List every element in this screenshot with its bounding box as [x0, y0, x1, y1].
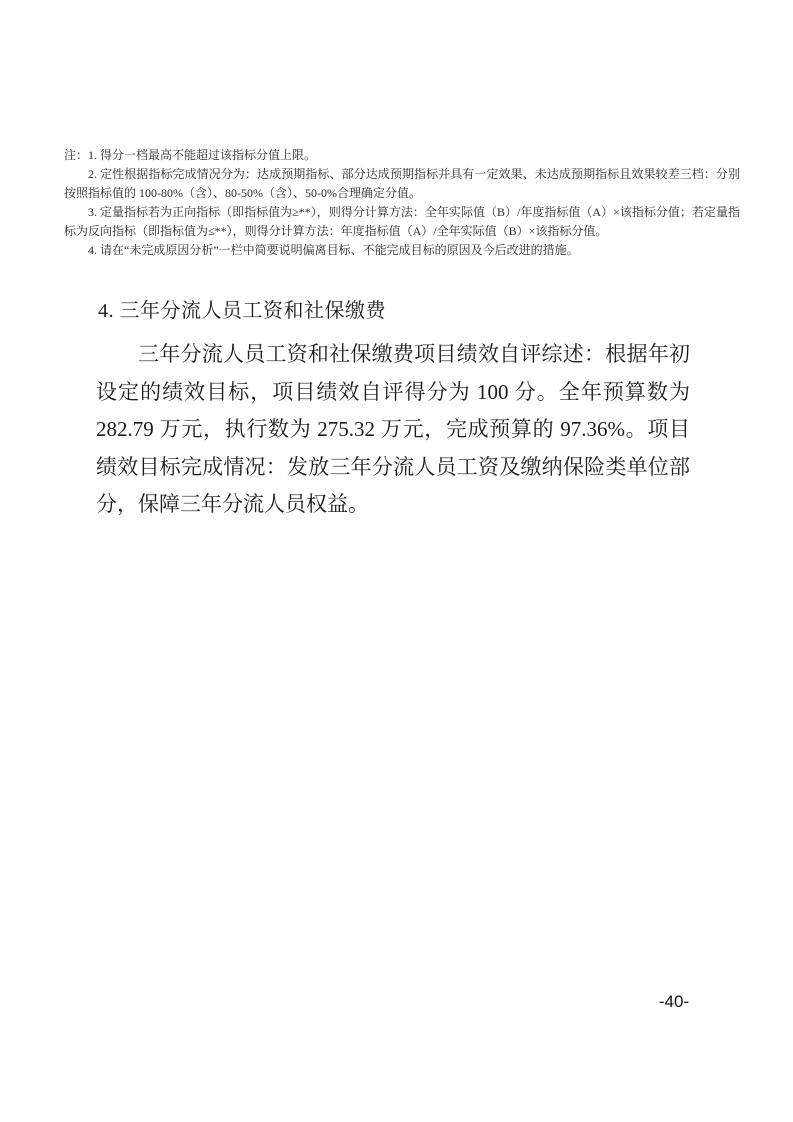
section-paragraph: 三年分流人员工资和社保缴费项目绩效自评综述：根据年初设定的绩效目标，项目绩效自评… [96, 336, 690, 524]
note-item-4: 4. 请在“未完成原因分析”一栏中简要说明偏离目标、不能完成目标的原因及今后改进… [64, 241, 740, 260]
note-item-3: 3. 定量指标若为正向指标（即指标值为≥**），则得分计算方法：全年实际值（B）… [64, 203, 740, 241]
document-page: 注：1. 得分一档最高不能超过该指标分值上限。 2. 定性根据指标完成情况分为：… [0, 0, 793, 1122]
notes-block: 注：1. 得分一档最高不能超过该指标分值上限。 2. 定性根据指标完成情况分为：… [64, 146, 740, 260]
page-number: -40- [648, 992, 700, 1012]
section-heading: 4. 三年分流人员工资和社保缴费 [98, 298, 386, 324]
note-item-1: 注：1. 得分一档最高不能超过该指标分值上限。 [64, 146, 740, 165]
note-item-2: 2. 定性根据指标完成情况分为：达成预期指标、部分达成预期指标并具有一定效果、未… [64, 165, 740, 203]
